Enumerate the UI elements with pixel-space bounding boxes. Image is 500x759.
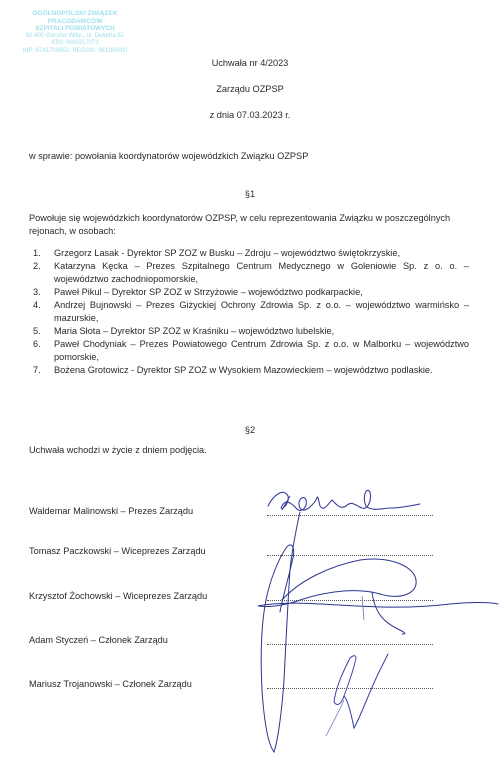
signature-row: Waldemar Malinowski – Prezes Zarządu xyxy=(29,506,449,520)
list-item-number: 6. xyxy=(29,338,54,364)
signature-row: Mariusz Trojanowski – Członek Zarządu xyxy=(29,679,449,693)
section-2-heading: §2 xyxy=(0,425,500,435)
list-item: 7.Bożena Grotowicz - Dyrektor SP ZOZ w W… xyxy=(29,364,469,377)
signature-row: Krzysztof Żochowski – Wiceprezes Zarządu xyxy=(29,591,449,605)
list-item-number: 5. xyxy=(29,325,54,338)
list-item-text: Andrzej Bujnowski – Prezes Giżyckiej Och… xyxy=(54,299,469,325)
list-item-text: Paweł Chodyniak – Prezes Powiatowego Cen… xyxy=(54,338,469,364)
list-item-number: 3. xyxy=(29,286,54,299)
signatory-name: Adam Styczeń – Członek Zarządu xyxy=(29,635,168,645)
resolution-title: Uchwała nr 4/2023 xyxy=(0,58,500,68)
list-item: 1.Grzegorz Lasak - Dyrektor SP ZOZ w Bus… xyxy=(29,247,469,260)
stamp-line-2: SZPITALI POWIATOWYCH xyxy=(8,25,142,33)
signatory-name: Mariusz Trojanowski – Członek Zarządu xyxy=(29,679,192,689)
signatory-name: Krzysztof Żochowski – Wiceprezes Zarządu xyxy=(29,591,207,601)
list-item: 4.Andrzej Bujnowski – Prezes Giżyckiej O… xyxy=(29,299,469,325)
signature-line xyxy=(267,600,433,601)
list-item: 2.Katarzyna Kęcka – Prezes Szpitalnego C… xyxy=(29,260,469,286)
signatory-name: Waldemar Malinowski – Prezes Zarządu xyxy=(29,506,193,516)
stamp-line-5: NIP: 8741700651, REGON: 361183600 xyxy=(8,48,142,56)
resolution-date: z dnia 07.03.2023 r. xyxy=(0,110,500,120)
list-item-text: Paweł Pikul – Dyrektor SP ZOZ w Strzyżow… xyxy=(54,286,469,299)
list-item-text: Katarzyna Kęcka – Prezes Szpitalnego Cen… xyxy=(54,260,469,286)
resolution-subject: w sprawie: powołania koordynatorów wojew… xyxy=(29,151,308,161)
resolution-body: Zarządu OZPSP xyxy=(0,84,500,94)
list-item-number: 2. xyxy=(29,260,54,286)
list-item: 3.Paweł Pikul – Dyrektor SP ZOZ w Strzyż… xyxy=(29,286,469,299)
section-1-heading: §1 xyxy=(0,189,500,199)
list-item-text: Bożena Grotowicz - Dyrektor SP ZOZ w Wys… xyxy=(54,364,469,377)
section-1-intro: Powołuje się wojewódzkich koordynatorów … xyxy=(29,212,469,238)
list-item-number: 7. xyxy=(29,364,54,377)
signature-line xyxy=(267,644,433,645)
signature-line xyxy=(267,555,433,556)
organization-stamp: OGÓLNOPOLSKI ZWIĄZEK PRACODAWCÓW SZPITAL… xyxy=(8,10,142,56)
signature-row: Adam Styczeń – Członek Zarządu xyxy=(29,635,449,649)
list-item: 5.Maria Słota – Dyrektor SP ZOZ w Kraśni… xyxy=(29,325,469,338)
coordinators-list: 1.Grzegorz Lasak - Dyrektor SP ZOZ w Bus… xyxy=(29,247,469,377)
signature-line xyxy=(267,515,433,516)
signature-line xyxy=(267,688,433,689)
section-2-text: Uchwała wchodzi w życie z dniem podjęcia… xyxy=(29,444,469,457)
list-item: 6.Paweł Chodyniak – Prezes Powiatowego C… xyxy=(29,338,469,364)
list-item-text: Maria Słota – Dyrektor SP ZOZ w Kraśniku… xyxy=(54,325,469,338)
list-item-number: 4. xyxy=(29,299,54,325)
list-item-number: 1. xyxy=(29,247,54,260)
stamp-line-1: OGÓLNOPOLSKI ZWIĄZEK PRACODAWCÓW xyxy=(8,10,142,25)
stamp-line-4: KRS 0000317073 xyxy=(8,40,142,48)
list-item-text: Grzegorz Lasak - Dyrektor SP ZOZ w Busku… xyxy=(54,247,469,260)
stamp-line-3: 62-600 Gorzów Wlkp., ul. Dekerta 62 xyxy=(8,33,142,41)
signature-row: Tomasz Paczkowski – Wiceprezes Zarządu xyxy=(29,546,449,560)
signatory-name: Tomasz Paczkowski – Wiceprezes Zarządu xyxy=(29,546,206,556)
